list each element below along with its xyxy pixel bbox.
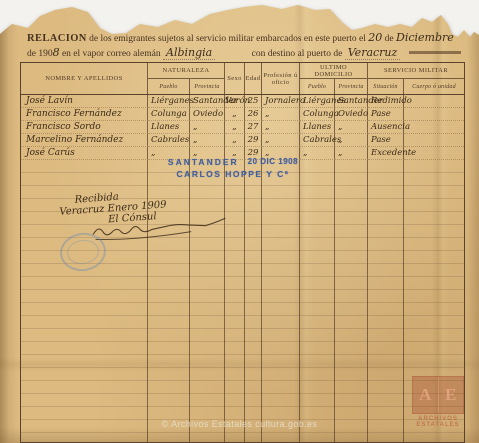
cell-sexo: „ [225,121,245,134]
document-title: RELACION de los emigrantes sujetos al se… [27,31,459,61]
subheader-pueblo-2: Pueblo [300,79,335,94]
cell-cuerpo [404,108,464,121]
relacion-word: RELACION [27,33,87,44]
subheader-situacion: Situación [368,79,404,94]
cell-edad: 27 [245,121,262,134]
table-body: José LavínLiérganesSantanderVarón25Jorna… [21,95,464,160]
cell-nat_pueblo: Colunga [148,108,190,121]
shipping-agent-stamp: SANTANDER 20 DIC 1908 CARLOS HOPPE Y Cª [153,157,313,179]
title-line1-text: de los emigrantes sujetos al servicio mi… [89,34,366,44]
cell-situacion: Pase [368,134,404,147]
cell-situacion: Ausencia [368,121,404,134]
cell-profesion: „ [262,108,300,121]
cell-name: Francisco Fernández [21,108,148,121]
aged-paper-sheet: RELACION de los emigrantes sujetos al se… [0,0,479,443]
title-line-2: de 1908 en el vapor correo alemán Albing… [27,46,459,61]
cell-nat_prov: Oviedo [190,108,225,121]
cell-nat_prov: „ [190,121,225,134]
form-reference-mark [409,51,461,54]
header-naturaleza: NATURALEZA [148,63,225,79]
cell-dom_prov: Santander [335,95,368,108]
cell-name: José Lavín [21,95,148,108]
stamp-date: 20 DIC 1908 [248,157,298,167]
table-row: Francisco FernándezColungaOviedo„26„Colu… [21,108,464,121]
table-row: José LavínLiérganesSantanderVarón25Jorna… [21,95,464,108]
watermark-letter-e: E [439,377,464,413]
archive-logo-icon: A E [412,376,464,414]
cell-nat_pueblo: Llanes [148,121,190,134]
handwritten-day: 20 [368,31,382,44]
handwritten-year-digit: 8 [53,46,60,59]
cell-sexo: Varón [225,95,245,108]
cell-name: José Carús [21,147,148,160]
title-destination-label: con destino al puerto de [252,49,343,59]
cell-dom_prov: „ [335,121,368,134]
subheader-provincia-2: Provincia [335,79,368,94]
cell-name: Marcelino Fernández [21,134,148,147]
stamp-port: SANTANDER [168,157,239,167]
cell-situacion: Excedente [368,147,404,160]
cell-profesion: Jornalero [262,95,300,108]
header-nombre: NOMBRE Y APELLIDOS [21,63,148,94]
table-row: Francisco SordoLlanes„„27„Llanes„Ausenci… [21,121,464,134]
table-row: Marcelino FernándezCabrales„„29„Cabrales… [21,134,464,147]
cell-situacion: Pase [368,108,404,121]
subheader-provincia: Provincia [190,79,225,94]
cell-nat_prov: „ [190,134,225,147]
cell-cuerpo [404,121,464,134]
handwritten-month: Diciembre [396,31,454,44]
cell-profesion: „ [262,121,300,134]
cell-cuerpo [404,134,464,147]
header-sexo: Sexo [225,63,245,94]
title-de: de [385,34,394,44]
header-ultimo-domicilio: ULTIMO DOMICILIO [300,63,368,79]
header-edad: Edad [245,63,262,94]
watermark-letter-a: A [413,377,439,413]
title-line2-text: en el vapor correo alemán [62,49,161,59]
title-year-pre: de 190 [27,49,53,59]
cell-dom_prov: Oviedo [335,108,368,121]
cell-edad: 25 [245,95,262,108]
scanned-document: RELACION de los emigrantes sujetos al se… [0,0,479,443]
cell-situacion: Redimido [368,95,404,108]
cell-edad: 29 [245,134,262,147]
cell-dom_pueblo: Llanes [300,121,335,134]
title-line-1: RELACION de los emigrantes sujetos al se… [27,31,459,46]
consular-seal-inner-ring [65,238,100,266]
cell-edad: 26 [245,108,262,121]
header-profesion: Profesión ú oficio [262,63,300,94]
cell-dom_prov: „ [335,134,368,147]
cell-sexo: „ [225,134,245,147]
table-header: NOMBRE Y APELLIDOS NATURALEZA Sexo Edad … [21,63,464,95]
cell-nat_prov: Santander [190,95,225,108]
handwritten-ship-name: Albingia [163,46,215,60]
subheader-cuerpo: Cuerpo ó unidad [404,79,464,94]
cell-cuerpo [404,147,464,160]
subheader-pueblo: Pueblo [148,79,190,94]
cell-nat_pueblo: Liérganes [148,95,190,108]
cell-dom_prov: „ [335,147,368,160]
cell-cuerpo [404,95,464,108]
cell-name: Francisco Sordo [21,121,148,134]
handwritten-destination: Veracruz [345,46,401,60]
paper-shadow: RELACION de los emigrantes sujetos al se… [0,0,479,443]
stamp-agent-name: CARLOS HOPPE Y Cª [153,169,313,179]
cell-dom_pueblo: Cabrales [300,134,335,147]
cell-sexo: „ [225,108,245,121]
cell-dom_pueblo: Liérganes [300,95,335,108]
cell-nat_pueblo: Cabrales [148,134,190,147]
cell-dom_pueblo: Colunga [300,108,335,121]
header-servicio-militar: SERVICIO MILITAR [368,63,464,79]
cell-profesion: „ [262,134,300,147]
copyright-watermark: © Archivos Estatales cultura.gob.es [0,419,479,429]
